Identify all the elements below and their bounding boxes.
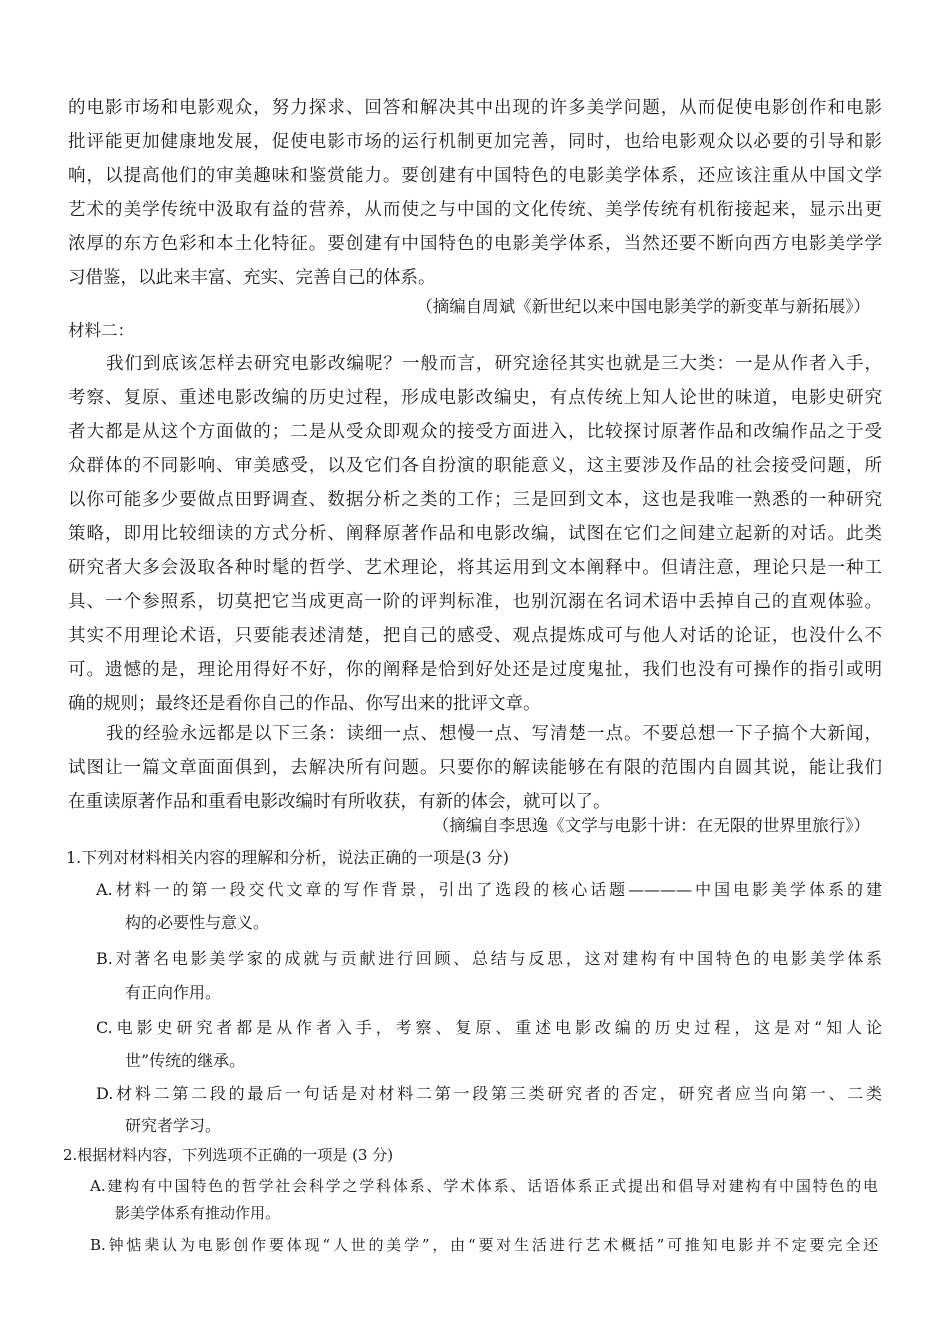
question-stem: 2.根据材料内容，下列选项不正确的一项是 (3 分) (63, 1143, 393, 1167)
option-b-cont: 有正向作用。 (125, 981, 221, 1005)
option-a-cont: 构的必要性与意义。 (125, 911, 269, 935)
paragraph-line: 在重读原著作品和重看电影改编时有所收获，有新的体会，就可以了。 (68, 790, 882, 814)
paragraph-line: 响，以提高他们的审美趣味和鉴赏能力。要创建有中国特色的电影美学体系，还应该注重从… (68, 164, 882, 188)
paragraph-line: 确的规则；最终还是看你自己的作品、你写出来的批评文章。 (68, 692, 882, 716)
paragraph-line: 策略，即用比较细读的方式分析、阐释原著作品和电影改编，试图在它们之间建立起新的对… (68, 522, 882, 546)
material-label: 材料二： (68, 319, 134, 343)
paragraph-line: 众群体的不同影响、审美感受，以及它们各自扮演的职能意义，这主要涉及作品的社会接受… (68, 454, 882, 478)
option-c-cont: 世”传统的继承。 (125, 1049, 245, 1073)
paragraph-line: 研究者大多会汲取各种时髦的哲学、艺术理论，将其运用到文本阐释中。但请注意，理论只… (68, 556, 882, 580)
paragraph-line: 试图让一篇文章面面俱到，去解决所有问题。只要你的解读能够在有限的范围内自圆其说，… (68, 756, 882, 780)
option-b: B.钟惦棐认为电影创作要体现“人世的美学”，由“要对生活进行艺术概括”可推知电影… (90, 1233, 878, 1257)
paragraph-line: 具、一个参照系，切莫把它当成更高一阶的评判标准，也别沉溺在名词术语中丢掉自己的直… (68, 590, 882, 614)
paragraph-line: 可。遗憾的是，理论用得好不好，你的阐释是恰到好处还是过度鬼扯，我们也没有可操作的… (68, 658, 882, 682)
question-stem: 1.下列对材料相关内容的理解和分析，说法正确的一项是(3 分) (66, 846, 509, 870)
paragraph-line: 以你可能多少要做点田野调查、数据分析之类的工作；三是回到文本，这也是我唯一熟悉的… (68, 488, 882, 512)
paragraph-line: 的电影市场和电影观众，努力探求、回答和解决其中出现的许多美学问题，从而促使电影创… (68, 96, 882, 120)
paragraph-line: 习借鉴，以此来丰富、充实、完善自己的体系。 (68, 266, 882, 290)
paragraph-line: 我们到底该怎样去研究电影改编呢？一般而言，研究途径其实也就是三大类：一是从作者入… (106, 352, 882, 376)
paragraph-line: 我的经验永远都是以下三条：读细一点、想慢一点、写清楚一点。不要总想一下子搞个大新… (106, 722, 882, 746)
citation: （摘编自李思逸《文学与电影十讲：在无限的世界里旅行》） (433, 814, 870, 838)
paragraph-line: 浓厚的东方色彩和本土化特征。要创建有中国特色的电影美学体系，当然还要不断向西方电… (68, 232, 882, 256)
option-d: D.材料二第二段的最后一句话是对材料二第一段第三类研究者的否定，研究者应当向第一… (96, 1082, 882, 1106)
option-d-cont: 研究者学习。 (125, 1114, 221, 1138)
option-b: B.对著名电影美学家的成就与贡献进行回顾、总结与反思，这对建构有中国特色的电影美… (96, 947, 882, 971)
option-a: A.材料一的第一段交代文章的写作背景，引出了选段的核心话题————中国电影美学体… (96, 878, 882, 902)
option-a: A.建构有中国特色的哲学社会科学之学科体系、学术体系、话语体系正式提出和倡导对建… (90, 1174, 878, 1198)
option-a-cont: 影美学体系有推动作用。 (115, 1201, 280, 1225)
paragraph-line: 艺术的美学传统中汲取有益的营养，从而使之与中国的文化传统、美学传统有机衔接起来，… (68, 198, 882, 222)
citation: （摘编自周斌《新世纪以来中国电影美学的新变革与新拓展》） (416, 295, 870, 319)
option-c: C.电影史研究者都是从作者入手，考察、复原、重述电影改编的历史过程，这是对“知人… (96, 1016, 882, 1040)
paragraph-line: 批评能更加健康地发展，促使电影市场的运行机制更加完善，同时，也给电影观众以必要的… (68, 130, 882, 154)
paragraph-line: 其实不用理论术语，只要能表述清楚，把自己的感受、观点提炼成可与他人对话的论证，也… (68, 624, 882, 648)
paragraph-line: 考察、复原、重述电影改编的历史过程，形成电影改编史，有点传统上知人论世的味道，电… (68, 386, 882, 410)
paragraph-line: 者大都是从这个方面做的；二是从受众即观众的接受方面进入，比较探讨原著作品和改编作… (68, 420, 882, 444)
